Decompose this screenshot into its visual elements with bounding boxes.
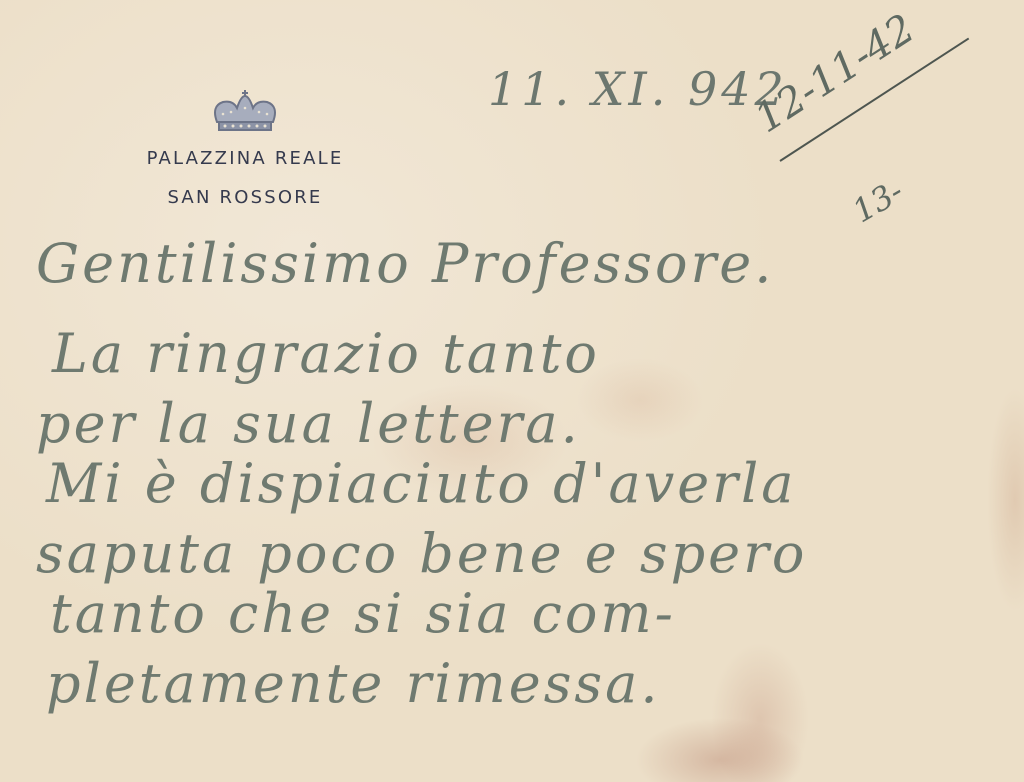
body-line: saputa poco bene e spero [36,522,807,585]
body-line: per la sua lettera. [36,392,581,455]
body-line: La ringrazio tanto [52,322,600,385]
body-line-salutation: Gentilissimo Professore. [36,232,774,295]
body-line: Mi è dispiaciuto d'averla [46,452,796,515]
letter-date: 11. XI. 942 [488,62,788,116]
royal-crown-icon [207,88,283,134]
body-line: pletamente rimessa. [46,652,660,715]
letterhead-location: SAN ROSSORE [100,187,390,208]
body-line: tanto che si sia com- [50,582,676,645]
letterhead-title: PALAZZINA REALE [100,148,390,169]
letterhead: PALAZZINA REALE SAN ROSSORE [100,88,390,208]
